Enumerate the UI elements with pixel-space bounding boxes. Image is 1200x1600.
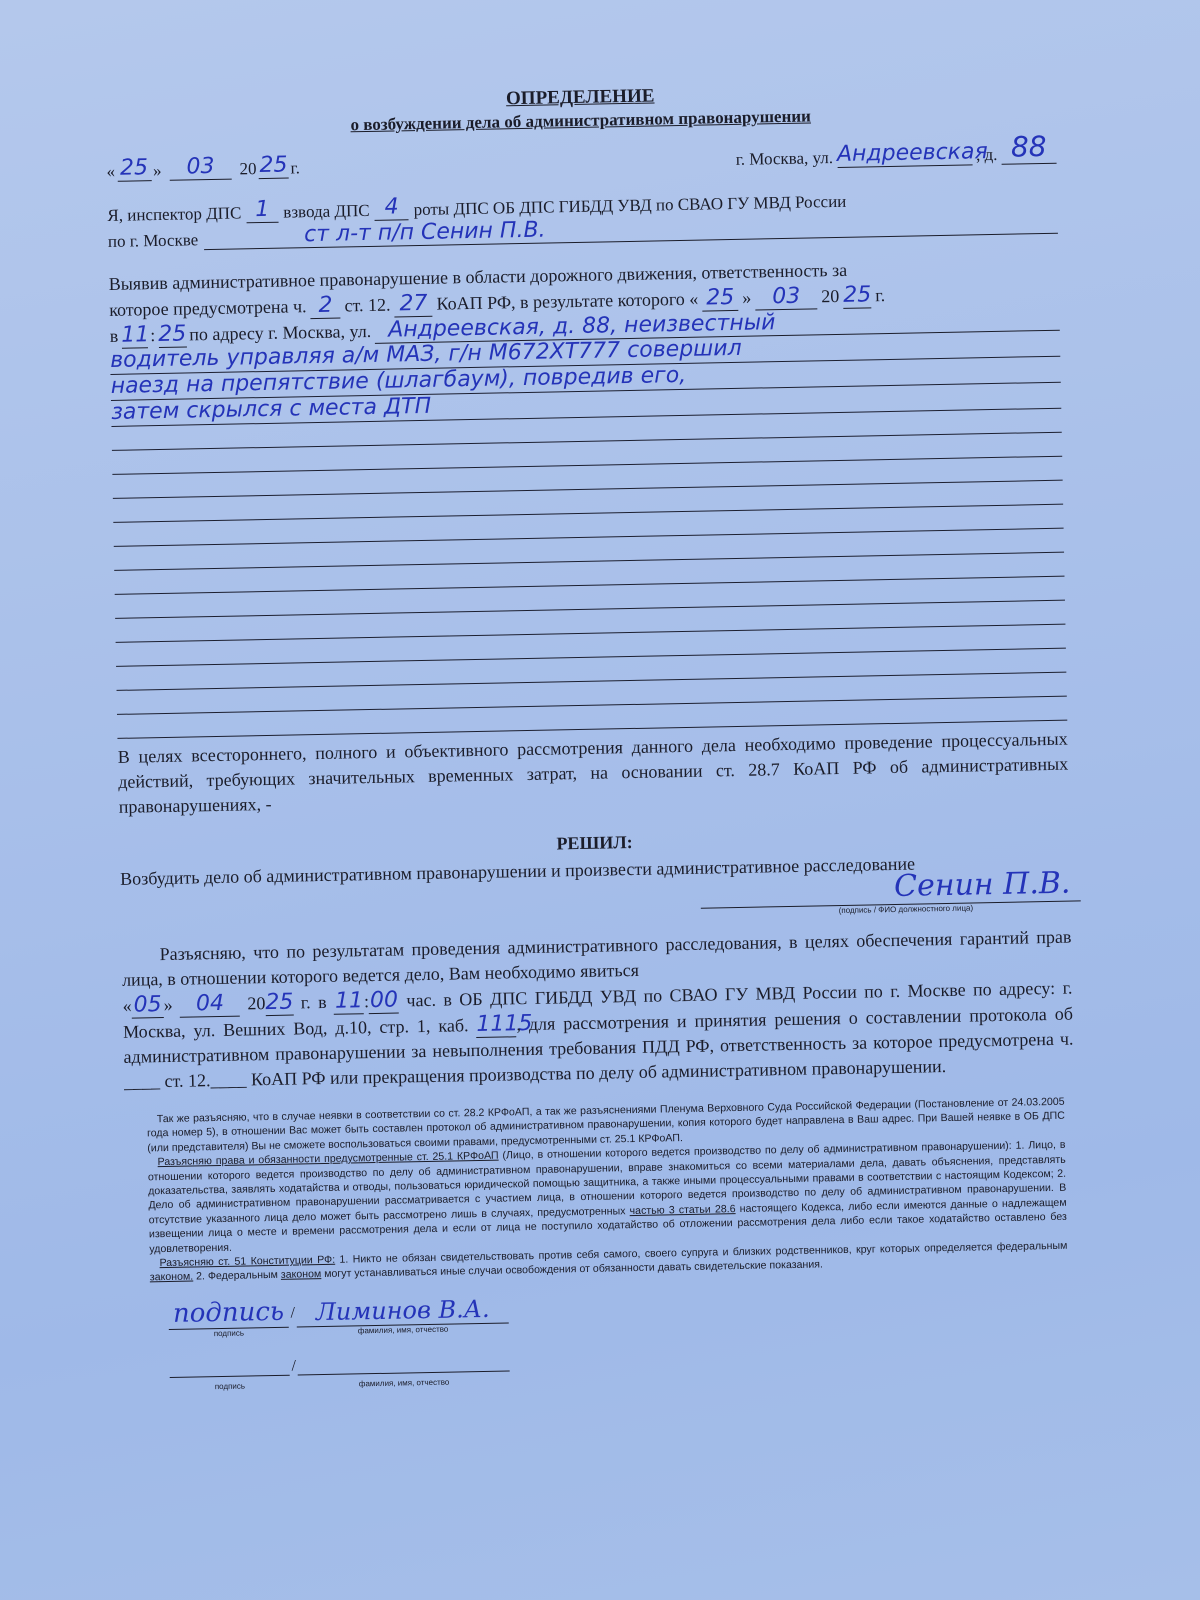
ack-signature-field-2[interactable] [169, 1351, 289, 1378]
summons-details: «05» 04 2025 г. в 11:00 час. в ОБ ДПС ГИ… [122, 975, 1074, 1095]
fine-print: Так же разъясняю, что в случае неявки в … [125, 1095, 1078, 1286]
violation-minute-field[interactable]: 25 [158, 321, 186, 348]
summons-year-field[interactable]: 25 [265, 990, 293, 1017]
part-field[interactable]: 2 [310, 293, 340, 320]
date-day-field[interactable]: 25 [117, 155, 151, 182]
summons-minute-field[interactable]: 00 [369, 988, 399, 1015]
violation-section: Выявив административное правонарушение в… [108, 254, 1067, 739]
violation-month-field[interactable]: 03 [755, 283, 817, 310]
reasoning-text: В целях всестороннего, полного и объекти… [118, 727, 1069, 820]
ack-signature-field-1[interactable]: подпись [168, 1297, 289, 1330]
acknowledgement-row-2: подпись / фамилия, имя, отчество [169, 1346, 510, 1392]
acknowledgement-row-1: подпись подпись / Лиминов В.А. фамилия, … [168, 1292, 509, 1339]
date-month-field[interactable]: 03 [169, 154, 231, 181]
summons-room-field[interactable]: 1115 [476, 1011, 516, 1038]
summons-day-field[interactable]: 05 [131, 992, 163, 1019]
scanned-document-page: ОПРЕДЕЛЕНИЕ о возбуждении дела об админи… [0, 0, 1200, 1600]
city-label: г. Москва, ул. [736, 148, 834, 170]
date-year-field[interactable]: 25 [258, 152, 288, 179]
determination-form: ОПРЕДЕЛЕНИЕ о возбуждении дела об админи… [105, 72, 1080, 1393]
platoon-field[interactable]: 1 [246, 197, 278, 224]
violation-year-field[interactable]: 25 [843, 282, 871, 309]
acknowledgement-block: подпись подпись / Лиминов В.А. фамилия, … [128, 1292, 510, 1392]
summons-month-field[interactable]: 04 [180, 991, 240, 1018]
violation-hour-field[interactable]: 11 [121, 322, 147, 348]
empty-description-lines [111, 409, 1067, 739]
ack-name-field-1[interactable]: Лиминов В.А. [297, 1294, 509, 1327]
summons-hour-field[interactable]: 11 [334, 988, 364, 1015]
article-field[interactable]: 27 [394, 291, 432, 318]
ack-name-field-2[interactable] [298, 1346, 510, 1375]
house-field[interactable]: 88 [1001, 130, 1057, 165]
street-field[interactable]: Андреевская [837, 139, 972, 168]
company-field[interactable]: 4 [374, 194, 408, 221]
date-place-row: « 25 » 03 20 25 г. г. Москва, ул. Андрее… [106, 130, 1056, 182]
violation-day-field[interactable]: 25 [702, 285, 738, 312]
official-signature-field[interactable]: Сенин П.В. [700, 865, 1081, 908]
fine-print-rights: Разъясняю права и обязанности предусмотр… [147, 1138, 1067, 1256]
